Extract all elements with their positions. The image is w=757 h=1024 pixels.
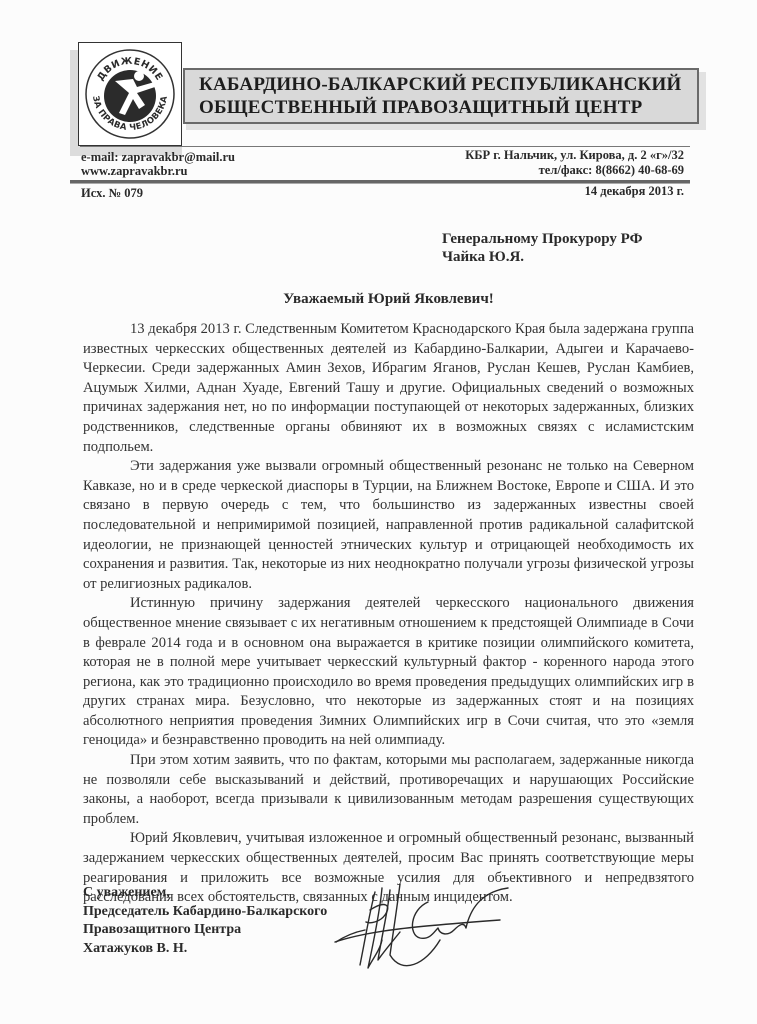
contact-phone: тел/факс: 8(8662) 40-68-69	[539, 163, 684, 178]
letter-date: 14 декабря 2013 г.	[585, 184, 684, 199]
closing-block: С уважением, Председатель Кабардино-Балк…	[83, 884, 327, 958]
closing-regards: С уважением,	[83, 884, 327, 903]
addressee-name: Чайка Ю.Я.	[442, 249, 524, 266]
org-name-line1: КАБАРДИНО-БАЛКАРСКИЙ РЕСПУБЛИКАНСКИЙ	[199, 74, 681, 96]
body-paragraph: Эти задержания уже вызвали огромный обще…	[83, 457, 694, 594]
contact-address: КБР г. Нальчик, ул. Кирова, д. 2 «г»/32	[465, 148, 684, 163]
body-paragraph: 13 декабря 2013 г. Следственным Комитето…	[83, 320, 694, 457]
salutation: Уважаемый Юрий Яковлевич!	[0, 291, 757, 308]
org-name-line2: ОБЩЕСТВЕННЫЙ ПРАВОЗАЩИТНЫЙ ЦЕНТР	[199, 97, 642, 119]
body-paragraph: При этом хотим заявить, что по фактам, к…	[83, 751, 694, 829]
org-banner: КАБАРДИНО-БАЛКАРСКИЙ РЕСПУБЛИКАНСКИЙ ОБЩ…	[183, 68, 699, 124]
letter-body: 13 декабря 2013 г. Следственным Комитето…	[83, 320, 694, 908]
handwritten-signature-icon	[330, 880, 510, 985]
addressee-title: Генеральному Прокурору РФ	[442, 231, 642, 248]
outgoing-number: Исх. № 079	[81, 186, 143, 201]
signatory-position: Председатель Кабардино-Балкарского	[83, 903, 327, 922]
signatory-organization: Правозащитного Центра	[83, 921, 327, 940]
contact-email: e-mail: zapravakbr@mail.ru	[81, 150, 235, 165]
document-page: КАБАРДИНО-БАЛКАРСКИЙ РЕСПУБЛИКАНСКИЙ ОБЩ…	[0, 0, 757, 1024]
body-paragraph: Истинную причину задержания деятелей чер…	[83, 594, 694, 751]
org-logo: ДВИЖЕНИЕ ЗА ПРАВА ЧЕЛОВЕКА	[78, 42, 182, 146]
human-rights-movement-logo-icon: ДВИЖЕНИЕ ЗА ПРАВА ЧЕЛОВЕКА	[79, 43, 180, 144]
contact-website: www.zapravakbr.ru	[81, 164, 188, 179]
header-divider-thin	[80, 146, 690, 147]
signatory-name: Хатажуков В. Н.	[83, 940, 327, 959]
